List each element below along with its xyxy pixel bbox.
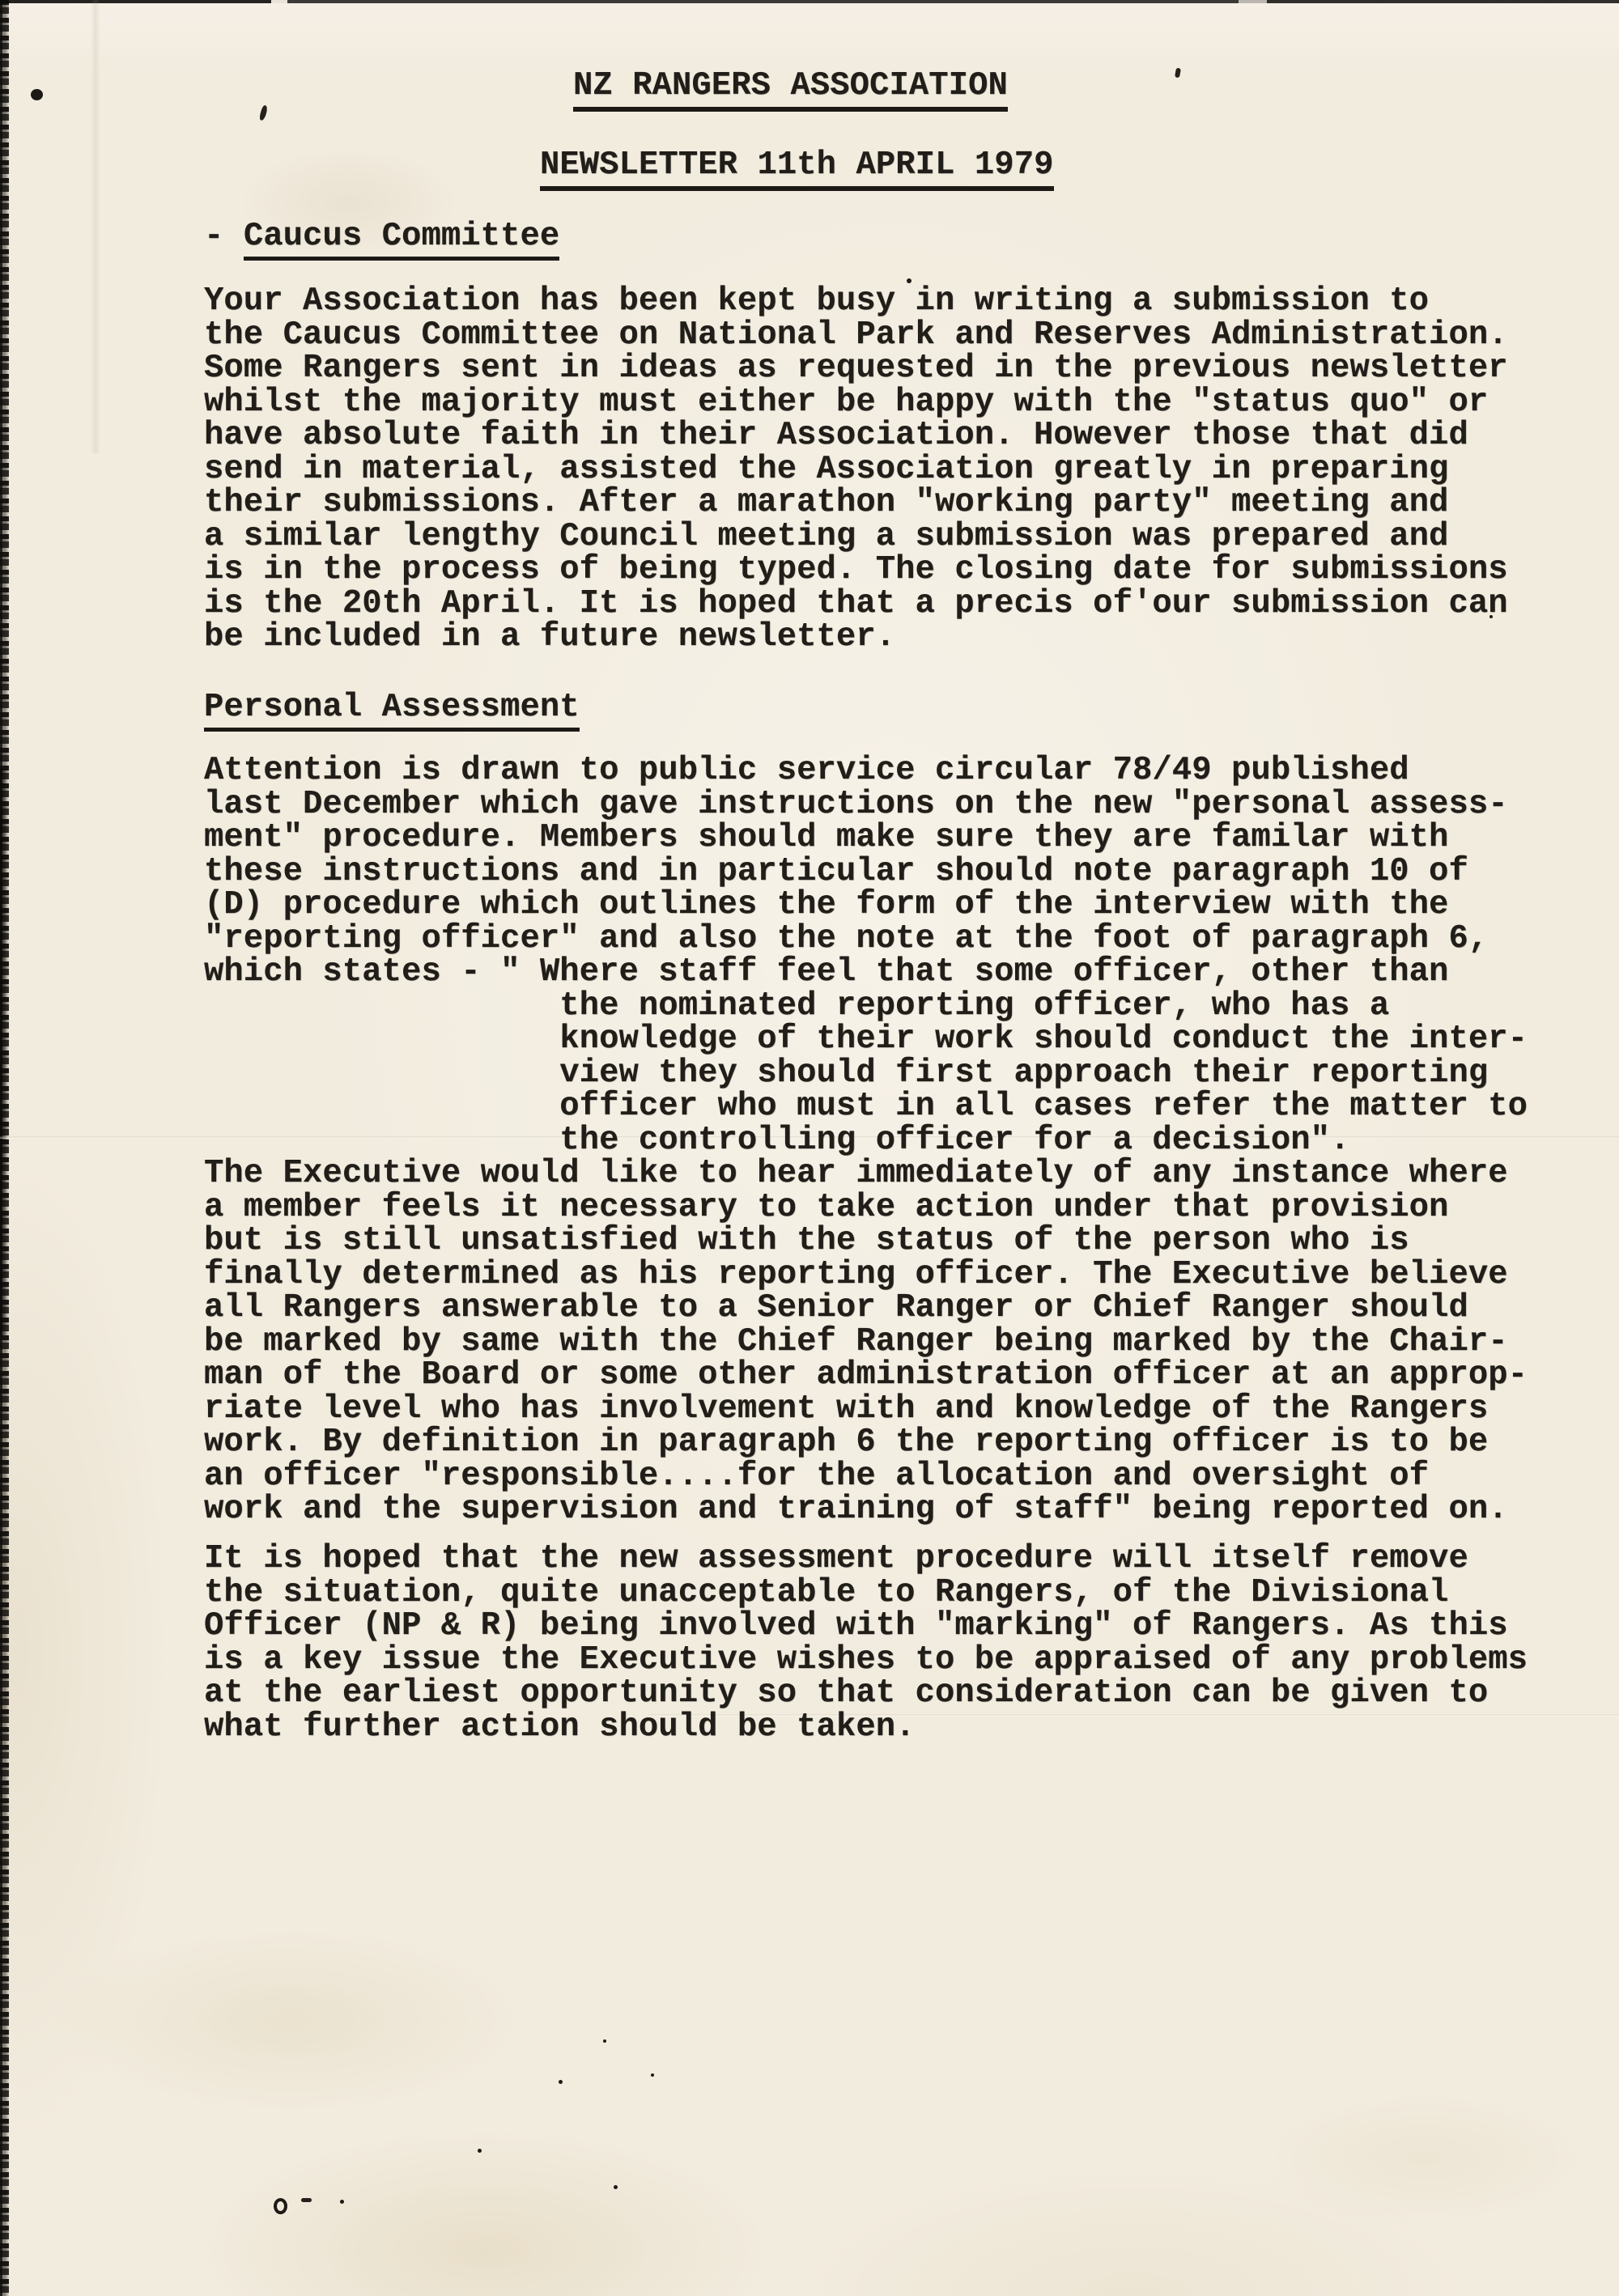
ink-speck: [614, 2185, 618, 2189]
ink-speck: [651, 2073, 654, 2077]
ink-speck-dash: [301, 2198, 312, 2202]
ink-speck: [31, 89, 43, 100]
scan-edge-left-dark-patch: [0, 769, 6, 1335]
document-title-line: NZ RANGERS ASSOCIATION: [573, 70, 1008, 104]
ink-speck: [603, 2039, 606, 2043]
section-heading-personal-assessment: Personal Assessment: [204, 691, 580, 725]
scan-edge-top: [0, 0, 1619, 3]
document-title: NZ RANGERS ASSOCIATION: [573, 67, 1008, 112]
document-subtitle-line: NEWSLETTER 11th APRIL 1979: [540, 149, 1054, 183]
heading-dash: -: [204, 218, 244, 255]
paragraph-personal-assessment-2: It is hoped that the new assessment proc…: [204, 1543, 1528, 1744]
ink-speck-ring: [274, 2198, 287, 2214]
heading-text: Personal Assessment: [204, 689, 580, 732]
document-subtitle: NEWSLETTER 11th APRIL 1979: [540, 146, 1054, 191]
section-heading-caucus-committee: - Caucus Committee: [204, 220, 559, 254]
ink-speck: [559, 2080, 563, 2084]
ink-speck: [478, 2149, 482, 2153]
scanned-newsletter-page: { "document": { "title": "NZ RANGERS ASS…: [0, 0, 1619, 2296]
paragraph-caucus-committee: Your Association has been kept busy in w…: [204, 285, 1508, 655]
paragraph-personal-assessment-1: Attention is drawn to public service cir…: [204, 754, 1528, 1527]
heading-text: Caucus Committee: [244, 218, 559, 261]
paper-fold-left: [91, 0, 100, 453]
ink-speck-apostrophe: [259, 104, 268, 121]
ink-speck: [1175, 68, 1181, 79]
ink-speck: [340, 2200, 344, 2204]
